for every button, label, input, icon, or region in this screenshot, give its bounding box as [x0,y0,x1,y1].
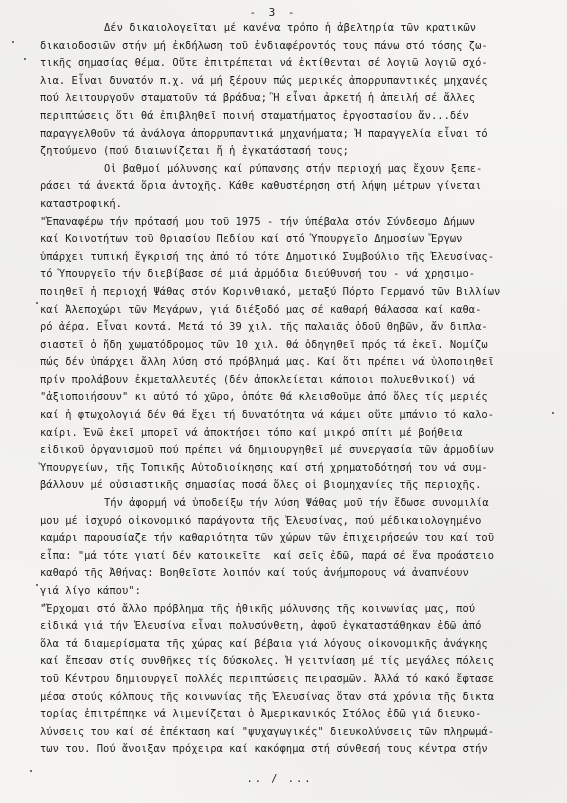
text-line: "Ἐπαναφέρω τήν πρότασή μου τοῦ 1975 - τή… [40,214,560,232]
text-line: καί Ἀλεποχώρι τῶν Μεγάρων, γιά διέξοδό μ… [40,302,560,320]
text-line: περιπτώσεις ὅτι θά ἐπιβληθεῖ ποινή σταμα… [40,108,560,126]
text-line: Ὑπουργείων, τῆς Τοπικῆς Αὐτοδιοίκησης κα… [40,460,560,478]
text-line: μέσα στούς κόλπους τῆς κοινωνίας τῆς Ἐλε… [40,689,560,707]
text-line: καταστροφική. [40,196,560,214]
continuation-mark: .. / ... [0,773,563,785]
text-line: καί ἡ φτωχολογιά δέν θά ἔχει τή δυνατότη… [40,407,560,425]
text-line: "Ἔρχομαι στό ἄλλο πρόβλημα τῆς ἠθικῆς μό… [40,601,560,619]
page-number: - 3 - [0,6,557,19]
text-line: λύνσεις του καί σέ ἐπέκταση καί "ψυχαγωγ… [40,724,560,742]
text-line: των του. Πού ἄνοιξαν πρόχειρα καί κακόφη… [40,741,560,759]
text-line: τορίας ἐπιτρέπηκε νά λιμενίζεται ὁ Ἀμερι… [40,706,560,724]
text-line: καμάρι παρουσίαζε τήν καθαριότητα τῶν χώ… [40,530,560,548]
text-line: ὅλα τά διαμερίσματα τῆς χώρας καί βέβαια… [40,636,560,654]
typewritten-page: - 3 - Δέν δικαιολογεῖται μέ κανένα τρόπο… [0,0,567,803]
text-line: πρίν προλάβουν ἐκμεταλλευτές (δέν ἀποκλε… [40,372,560,390]
scan-speck [552,412,554,414]
text-line: ρό ἀέρα. Εἶναι κοντά. Μετά τό 39 χιλ. τῆ… [40,319,560,337]
text-line: βάλλουν μέ οὐσιαστικῆς σημασίας ποσά ὅλε… [40,477,560,495]
text-line: Τήν ἀφορμή νά ὑποδείξω τήν λύση Ψάθας μο… [40,495,560,513]
scan-speck [36,584,38,586]
text-line: εἰδικά γιά τήν Ἐλευσίνα εἶναι πολυσύνθετ… [40,618,560,636]
text-line: ράσει τά ἀνεκτά ὅρια ἀντοχῆς. Κάθε καθυσ… [40,178,560,196]
scan-speck [24,58,26,60]
body-text: Δέν δικαιολογεῖται μέ κανένα τρόπο ἡ ἀβε… [40,20,560,759]
text-line: τικῆς σημασίας θέμα. Οὔτε ἐπιτρέπεται νά… [40,55,560,73]
text-line: "ἀξιοποιήσουν" κι αὐτό τό χῶρο, ὁπότε θά… [40,389,560,407]
text-line: τοῦ Κέντρου δημιουργεῖ πολλές περιπτώσει… [40,671,560,689]
text-line: Οἱ βαθμοί μόλυνσης καί ρύπανσης στήν περ… [40,161,560,179]
text-line: πού λειτουργοῦν σταματοῦν τά βράδυα; Ἢ ε… [40,90,560,108]
text-line: καθαρό τῆς Ἀθήνας: Βοηθεῖστε λοιπόν καί … [40,565,560,583]
text-line: καί ἔπεσαν στίς συνθῆκες τίς δύσκολες. Ἡ… [40,653,560,671]
text-line: σιαστεῖ ὁ ἤδη χωματόδρομος τῶν 10 χιλ. θ… [40,337,560,355]
scan-speck [12,41,14,43]
text-line: παραγγελθοῦν τά ἀνάλογα ἀπορρυπαντικά μη… [40,126,560,144]
text-line: ζητούμενο (πού διαιωνίζεται ἤ ἡ ἐγκατάστ… [40,143,560,161]
text-line: Δέν δικαιολογεῖται μέ κανένα τρόπο ἡ ἀβε… [40,20,560,38]
text-line: δικαιοδοσιῶν στήν μή ἐκδήλωση τοῦ ἐνδιαφ… [40,38,560,56]
text-line: ποιηθεῖ ἡ περιοχή Ψάθας στόν Κορινθιακό,… [40,284,560,302]
text-line: εἰδικοῦ ὀργανισμοῦ πού πρέπει νά δημιουρ… [40,442,560,460]
text-line: γιά λίγο κάπου": [40,583,560,601]
text-line: καί Κοινοτήτων τοῦ Θριασίου Πεδίου καί σ… [40,231,560,249]
text-line: καίρι. Ἐνῶ ἐκεῖ μπορεῖ νά ἀποκτήσει τόπο… [40,425,560,443]
text-line: μου μέ ἰσχυρό οἰκονομικό παράγοντα τῆς Ἐ… [40,513,560,531]
text-line: λια. Εἶναι δυνατόν π.χ. νά μή ξέρουν πώς… [40,73,560,91]
scan-speck [36,302,38,304]
text-line: ὑπάρχει τυπική ἔγκρισή της ἀπό τό τότε Δ… [40,249,560,267]
scan-speck [30,770,32,772]
text-line: πώς δέν ὑπάρχει ἄλλη λύση στό πρόβλημά μ… [40,354,560,372]
text-line: τό Ὑπουργεῖο τήν διεβίβασε σέ μιά ἁρμόδι… [40,266,560,284]
text-line: εἶπα: "μά τότε γιατί δέν κατοικεῖτε καί … [40,548,560,566]
